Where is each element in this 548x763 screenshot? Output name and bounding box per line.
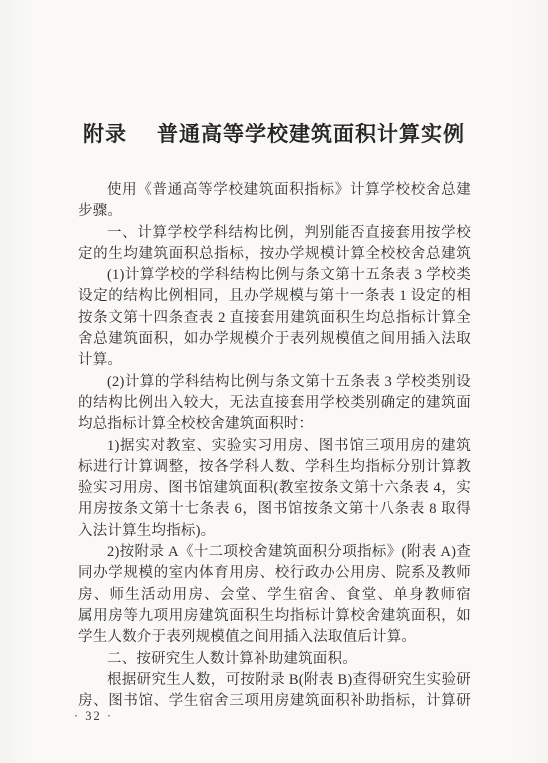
text-line: 标进行计算调整，按各学科人数、学科生均指标分别计算教室、实 [78,457,471,478]
text-line: 定的生均建筑面积总指标，按办学规模计算全校校舍总建筑面积。 [78,244,471,265]
text-line: (1)计算学校的学科结构比例与条文第十五条表 3 学校类别 [78,265,471,286]
text-line: 一、计算学校学科结构比例，判别能否直接套用按学校类别确 [78,223,471,244]
text-line: 的结构比例出入较大，无法直接套用学校类别确定的建筑面积生 [78,393,471,414]
text-line: 根据研究生人数，可按附录 B(附表 B)查得研究生实验研究用 [78,670,471,691]
text-line: 均总指标计算全校校舍建筑面积时： [78,414,471,435]
text-line: 1)据实对教室、实验实习用房、图书馆三项用房的建筑面积指 [78,436,471,457]
text-line: 学生人数介于表列规模值之间用插入法取值后计算。 [78,627,471,648]
document-page: 附录普通高等学校建筑面积计算实例 使用《普通高等学校建筑面积指标》计算学校校舍总… [0,0,548,763]
text-line: 2)按附录 A《十二项校舍建筑面积分项指标》(附表 A)查得相 [78,542,471,563]
text-line: 使用《普通高等学校建筑面积指标》计算学校校舍总建筑面积 [78,180,471,201]
text-line: 入法计算生均指标)。 [78,521,471,542]
text-line: 同办学规模的室内体育用房、校行政办公用房、院系及教师办公用 [78,563,471,584]
text-line: 步骤。 [78,201,471,222]
text-line: 房、师生活动用房、会堂、学生宿舍、食堂、单身教师宿舍、后勤及附 [78,585,471,606]
text-line: 验实习用房、图书馆建筑面积(教室按条文第十六条表 4，实验实习 [78,478,471,499]
text-line: 舍总建筑面积，如办学规模介于表列规模值之间用插入法取值后 [78,329,471,350]
text-line: 属用房等九项用房建筑面积生均指标计算校舍建筑面积，如实际 [78,606,471,627]
text-line: 设定的结构比例相同，且办学规模与第十一条表 1 设定的相同，可 [78,286,471,307]
text-line: 房、图书馆、学生宿舍三项用房建筑面积补助指标，计算研究生 [78,691,471,712]
text-line: (2)计算的学科结构比例与条文第十五条表 3 学校类别设定 [78,372,471,393]
page-number: · 32 · [74,709,113,724]
body-text: 使用《普通高等学校建筑面积指标》计算学校校舍总建筑面积步骤。一、计算学校学科结构… [78,180,471,712]
text-line: 计算。 [78,350,471,371]
page-title-main: 普通高等学校建筑面积计算实例 [157,123,465,146]
text-line: 按条文第十四条查表 2 直接套用建筑面积生均总指标计算全校校 [78,308,471,329]
page-title: 附录普通高等学校建筑面积计算实例 [0,122,548,148]
text-line: 二、按研究生人数计算补助建筑面积。 [78,649,471,670]
page-title-prefix: 附录 [83,123,127,146]
text-line: 用房按条文第十七条表 6，图书馆按条文第十八条表 8 取得或用插 [78,499,471,520]
